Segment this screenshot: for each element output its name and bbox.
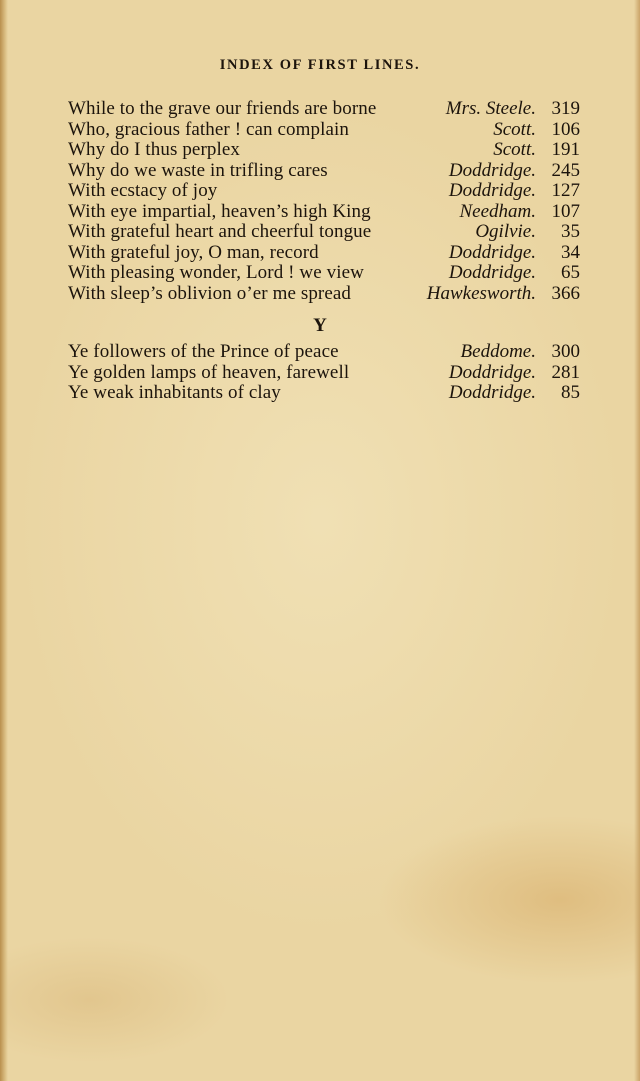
author: Hawkesworth. [427,284,544,305]
page-number: 85 [544,383,580,404]
first-line: Ye followers of the Prince of peace [68,342,461,363]
first-line: Ye weak inhabitants of clay [68,383,449,404]
index-section-w: While to the grave our friends are borne… [68,99,580,304]
page-number: 65 [544,263,580,284]
index-entry: With sleep’s oblivion o’er me spreadHawk… [68,284,580,305]
index-entry: With pleasing wonder, Lord ! we viewDodd… [68,263,580,284]
author: Doddridge. [449,181,544,202]
index-entry: With ecstacy of joyDoddridge.127 [68,181,580,202]
first-line: Ye golden lamps of heaven, farewell [68,363,449,384]
first-line: With pleasing wonder, Lord ! we view [68,263,449,284]
index-entry: Ye weak inhabitants of clayDoddridge.85 [68,383,580,404]
page-number: 107 [544,202,580,223]
first-line: With sleep’s oblivion o’er me spread [68,284,427,305]
index-entry: While to the grave our friends are borne… [68,99,580,120]
first-line: With eye impartial, heaven’s high King [68,202,459,223]
page-header: INDEX OF FIRST LINES. [0,57,640,74]
book-page: INDEX OF FIRST LINES. While to the grave… [0,0,640,1081]
first-line: With ecstacy of joy [68,181,449,202]
index-entry: Why do we waste in trifling caresDoddrid… [68,161,580,182]
index-entry: Who, gracious father ! can complainScott… [68,120,580,141]
index-section-y: Ye followers of the Prince of peaceBeddo… [68,342,580,404]
author: Scott. [493,120,544,141]
page-number: 319 [544,99,580,120]
index-entry: With grateful heart and cheerful tongueO… [68,222,580,243]
page-number: 106 [544,120,580,141]
author: Needham. [459,202,544,223]
author: Mrs. Steele. [446,99,544,120]
page-number: 35 [544,222,580,243]
author: Doddridge. [449,383,544,404]
page-number: 281 [544,363,580,384]
page-number: 300 [544,342,580,363]
page-number: 191 [544,140,580,161]
author: Ogilvie. [475,222,544,243]
page-number: 245 [544,161,580,182]
first-line: Why do I thus perplex [68,140,493,161]
first-line: With grateful heart and cheerful tongue [68,222,475,243]
author: Doddridge. [449,161,544,182]
author: Scott. [493,140,544,161]
first-line: With grateful joy, O man, record [68,243,449,264]
page-number: 366 [544,284,580,305]
author: Doddridge. [449,263,544,284]
index-entry: Ye followers of the Prince of peaceBeddo… [68,342,580,363]
page-number: 34 [544,243,580,264]
index-entry: Ye golden lamps of heaven, farewellDoddr… [68,363,580,384]
index-entry: With eye impartial, heaven’s high KingNe… [68,202,580,223]
section-letter-y: Y [0,315,640,337]
index-entry: Why do I thus perplexScott.191 [68,140,580,161]
page-number: 127 [544,181,580,202]
author: Doddridge. [449,363,544,384]
first-line: Who, gracious father ! can complain [68,120,493,141]
first-line: While to the grave our friends are borne [68,99,446,120]
author: Beddome. [461,342,544,363]
index-entry: With grateful joy, O man, recordDoddridg… [68,243,580,264]
first-line: Why do we waste in trifling cares [68,161,449,182]
author: Doddridge. [449,243,544,264]
